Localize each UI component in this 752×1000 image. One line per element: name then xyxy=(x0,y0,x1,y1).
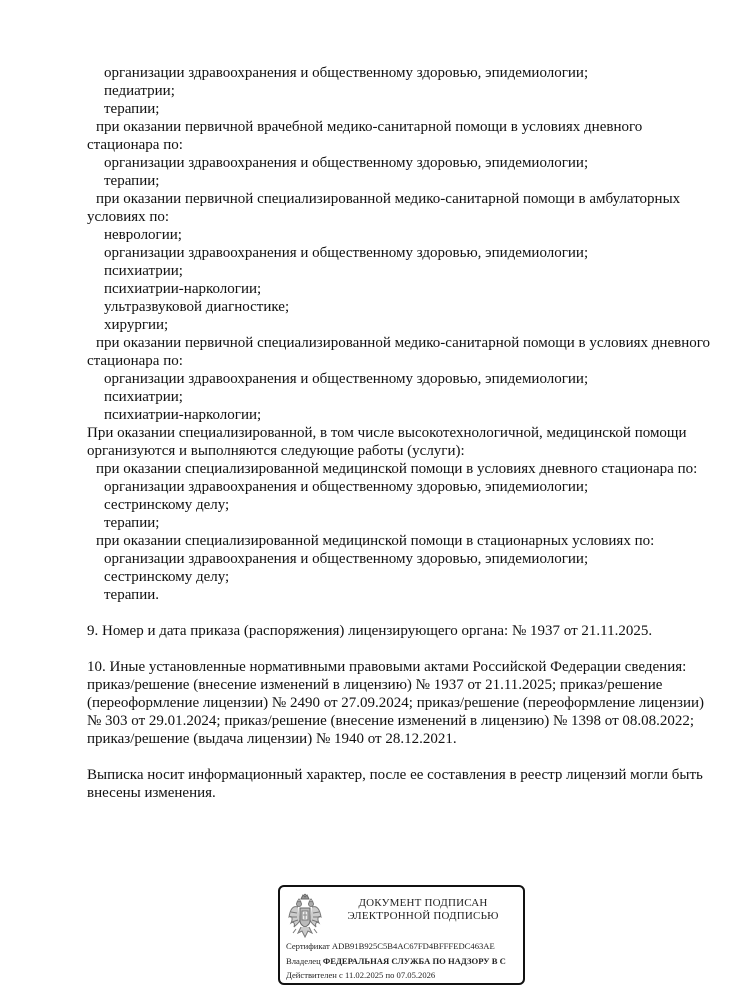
document-list-item: организации здравоохранения и общественн… xyxy=(87,550,727,568)
owner-label: Владелец xyxy=(286,956,321,966)
document-subheading-line: при оказании первичной врачебной медико-… xyxy=(87,118,727,136)
document-list-item: психиатрии-наркологии; xyxy=(87,280,727,298)
document-subheading-line: при оказании специализированной медицинс… xyxy=(87,532,727,550)
stamp-title: ДОКУМЕНТ ПОДПИСАН ЭЛЕКТРОННОЙ ПОДПИСЬЮ xyxy=(328,897,518,923)
document-line: внесены изменения. xyxy=(87,784,727,802)
document-list-item: терапии; xyxy=(87,514,727,532)
paragraph-gap xyxy=(87,748,727,766)
document-list-item: хирургии; xyxy=(87,316,727,334)
document-line: стационара по: xyxy=(87,352,727,370)
paragraph-gap xyxy=(87,640,727,658)
document-line: При оказании специализированной, в том ч… xyxy=(87,424,727,442)
document-list-item: психиатрии-наркологии; xyxy=(87,406,727,424)
stamp-title-line1: ДОКУМЕНТ ПОДПИСАН xyxy=(328,897,518,910)
document-list-item: организации здравоохранения и общественн… xyxy=(87,154,727,172)
document-list-item: организации здравоохранения и общественн… xyxy=(87,478,727,496)
document-line: Выписка носит информационный характер, п… xyxy=(87,766,727,784)
document-subheading-line: при оказании первичной специализированно… xyxy=(87,334,727,352)
owner-value: ФЕДЕРАЛЬНАЯ СЛУЖБА ПО НАДЗОРУ В С xyxy=(323,956,506,966)
document-line: стационара по: xyxy=(87,136,727,154)
document-list-item: организации здравоохранения и общественн… xyxy=(87,370,727,388)
document-list-item: терапии; xyxy=(87,172,727,190)
document-list-item: психиатрии; xyxy=(87,388,727,406)
document-list-item: терапии. xyxy=(87,586,727,604)
document-list-item: неврологии; xyxy=(87,226,727,244)
document-line: организуются и выполняются следующие раб… xyxy=(87,442,727,460)
stamp-certificate-row: Сертификат ADB91B925C5B4AC67FD4BFFFEDC46… xyxy=(286,939,506,954)
document-line: 10. Иные установленные нормативными прав… xyxy=(87,658,727,676)
document-list-item: сестринскому делу; xyxy=(87,496,727,514)
stamp-title-line2: ЭЛЕКТРОННОЙ ПОДПИСЬЮ xyxy=(328,910,518,923)
stamp-validity: Действителен с 11.02.2025 по 07.05.2026 xyxy=(286,968,506,983)
document-list-item: педиатрии; xyxy=(87,82,727,100)
document-subheading-line: при оказании первичной специализированно… xyxy=(87,190,727,208)
document-list-item: психиатрии; xyxy=(87,262,727,280)
document-page: организации здравоохранения и общественн… xyxy=(0,0,752,1000)
document-line: 9. Номер и дата приказа (распоряжения) л… xyxy=(87,622,727,640)
document-line: приказ/решение (выдача лицензии) № 1940 … xyxy=(87,730,727,748)
document-line: № 303 от 29.01.2024; приказ/решение (вне… xyxy=(87,712,727,730)
document-list-item: организации здравоохранения и общественн… xyxy=(87,244,727,262)
electronic-signature-stamp: ДОКУМЕНТ ПОДПИСАН ЭЛЕКТРОННОЙ ПОДПИСЬЮ С… xyxy=(278,885,525,985)
document-list-item: ультразвуковой диагностике; xyxy=(87,298,727,316)
document-list-item: сестринскому делу; xyxy=(87,568,727,586)
russian-coat-of-arms-icon xyxy=(288,893,322,939)
certificate-label: Сертификат xyxy=(286,941,330,951)
document-list-item: организации здравоохранения и общественн… xyxy=(87,64,727,82)
certificate-value: ADB91B925C5B4AC67FD4BFFFEDC463AE xyxy=(332,941,495,951)
document-line: (переоформление лицензии) № 2490 от 27.0… xyxy=(87,694,727,712)
document-subheading-line: при оказании специализированной медицинс… xyxy=(87,460,727,478)
paragraph-gap xyxy=(87,604,727,622)
document-line: условиях по: xyxy=(87,208,727,226)
document-body: организации здравоохранения и общественн… xyxy=(87,64,727,802)
stamp-details: Сертификат ADB91B925C5B4AC67FD4BFFFEDC46… xyxy=(286,939,506,983)
document-line: приказ/решение (внесение изменений в лиц… xyxy=(87,676,727,694)
stamp-owner-row: Владелец ФЕДЕРАЛЬНАЯ СЛУЖБА ПО НАДЗОРУ В… xyxy=(286,954,506,969)
document-list-item: терапии; xyxy=(87,100,727,118)
